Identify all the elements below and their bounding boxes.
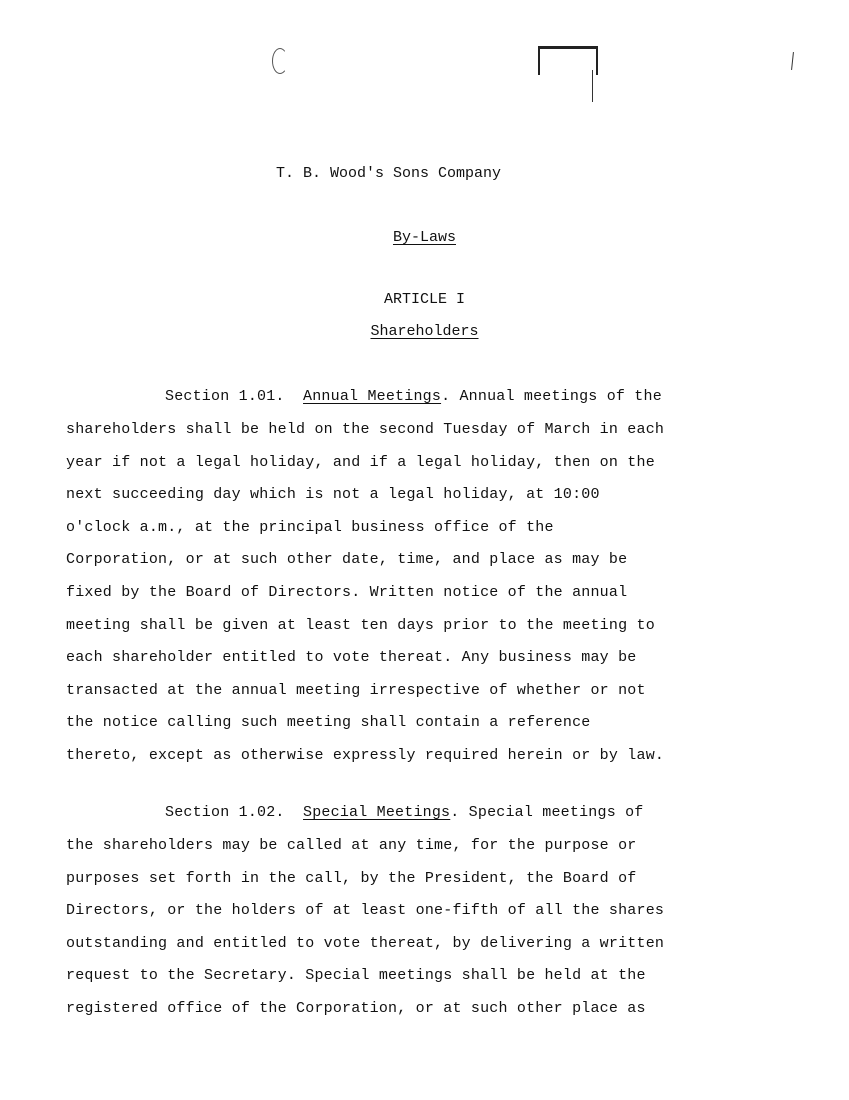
document-page: T. B. Wood's Sons Company By-Laws ARTICL… [0,0,849,1100]
body-line: transacted at the annual meeting irrespe… [66,682,646,699]
section-number: Section 1.02. [165,804,285,821]
section-text: . Annual meetings of the [441,388,662,405]
section-number: Section 1.01. [165,388,285,405]
company-name: T. B. Wood's Sons Company [0,165,813,182]
body-line: thereto, except as otherwise expressly r… [66,747,664,764]
body-line: o'clock a.m., at the principal business … [66,519,554,536]
body-line: meeting shall be given at least ten days… [66,617,655,634]
body-line: shareholders shall be held on the second… [66,421,664,438]
body-line: year if not a legal holiday, and if a le… [66,454,655,471]
article-heading: Shareholders [0,323,849,340]
scan-artifact-tick [791,52,794,70]
body-line: the shareholders may be called at any ti… [66,837,637,854]
section-text: . Special meetings of [450,804,643,821]
scan-artifact-line [592,70,593,102]
shareholders-heading: Shareholders [370,323,478,340]
body-line: next succeeding day which is not a legal… [66,486,600,503]
scan-artifact-bracket [538,46,598,75]
body-line: outstanding and entitled to vote thereat… [66,935,664,952]
by-laws-title: By-Laws [393,229,456,246]
section-1-02-heading-line: Section 1.02. Special Meetings. Special … [165,804,644,821]
document-title: By-Laws [0,229,849,246]
body-line: Directors, or the holders of at least on… [66,902,664,919]
section-1-01-heading-line: Section 1.01. Annual Meetings. Annual me… [165,388,662,405]
body-line: the notice calling such meeting shall co… [66,714,590,731]
scan-artifact-arc [272,48,288,74]
section-heading: Special Meetings [303,804,450,821]
body-line: Corporation, or at such other date, time… [66,551,627,568]
body-line: purposes set forth in the call, by the P… [66,870,637,887]
section-heading: Annual Meetings [303,388,441,405]
body-line: each shareholder entitled to vote therea… [66,649,637,666]
article-number: ARTICLE I [0,291,849,308]
body-line: registered office of the Corporation, or… [66,1000,646,1017]
body-line: fixed by the Board of Directors. Written… [66,584,627,601]
body-line: request to the Secretary. Special meetin… [66,967,646,984]
